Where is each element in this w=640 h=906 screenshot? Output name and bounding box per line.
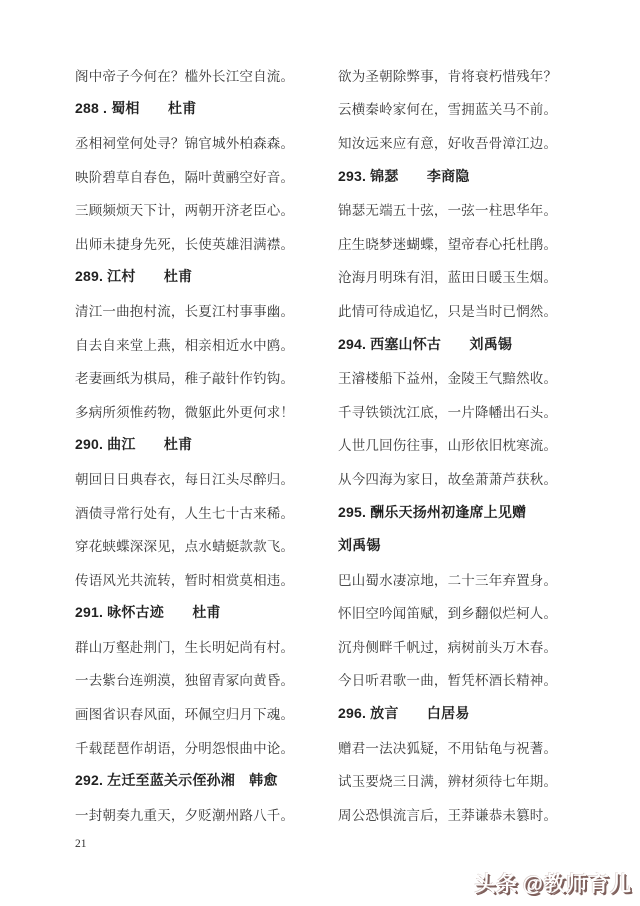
poem-title: 288 . 蜀相 杜甫 bbox=[75, 92, 325, 126]
poem-verse: 赠君一法决狐疑，不用钻龟与祝蓍。 bbox=[338, 730, 588, 764]
poem-verse: 今日听君歌一曲，暂凭杯酒长精神。 bbox=[338, 663, 588, 697]
watermark-brand-toutiao: 头条 bbox=[475, 873, 519, 896]
poem-verse: 沧海月明珠有泪，蓝田日暖玉生烟。 bbox=[338, 260, 588, 294]
poem-verse: 映阶碧草自春色，隔叶黄鹂空好音。 bbox=[75, 159, 325, 193]
poem-verse: 千载琵琶作胡语，分明怨恨曲中论。 bbox=[75, 730, 325, 764]
poem-verse: 穿花蛱蝶深深见，点水蜻蜓款款飞。 bbox=[75, 528, 325, 562]
poem-verse: 丞相祠堂何处寻？锦官城外柏森森。 bbox=[75, 125, 325, 159]
poem-verse: 人世几回伤往事，山形依旧枕寒流。 bbox=[338, 428, 588, 462]
poem-verse: 老妻画纸为棋局，稚子敲针作钓钩。 bbox=[75, 360, 325, 394]
left-column: 阁中帝子今何在？槛外长江空自流。288 . 蜀相 杜甫丞相祠堂何处寻？锦官城外柏… bbox=[75, 58, 325, 831]
poem-verse: 清江一曲抱村流，长夏江村事事幽。 bbox=[75, 293, 325, 327]
poem-verse: 画图省识春风面，环佩空归月下魂。 bbox=[75, 696, 325, 730]
page-number: 21 bbox=[75, 838, 87, 850]
poem-verse: 一去紫台连朔漠，独留青冢向黄昏。 bbox=[75, 663, 325, 697]
poem-title: 291. 咏怀古迹 杜甫 bbox=[75, 596, 325, 630]
poem-verse: 云横秦岭家何在，雪拥蓝关马不前。 bbox=[338, 92, 588, 126]
watermark: 头条@教师育儿 bbox=[475, 868, 632, 898]
poem-verse: 王濬楼船下益州，金陵王气黯然收。 bbox=[338, 360, 588, 394]
poem-verse: 此情可待成追忆，只是当时已惘然。 bbox=[338, 293, 588, 327]
poem-verse: 沉舟侧畔千帆过，病树前头万木春。 bbox=[338, 629, 588, 663]
poem-title: 292. 左迁至蓝关示侄孙湘 韩愈 bbox=[75, 763, 325, 797]
document-page: 阁中帝子今何在？槛外长江空自流。288 . 蜀相 杜甫丞相祠堂何处寻？锦官城外柏… bbox=[0, 0, 640, 906]
poem-title: 289. 江村 杜甫 bbox=[75, 260, 325, 294]
poem-verse: 欲为圣朝除弊事，肯将衰朽惜残年？ bbox=[338, 58, 588, 92]
poem-verse: 酒债寻常行处有，人生七十古来稀。 bbox=[75, 495, 325, 529]
poem-verse: 知汝远来应有意，好收吾骨漳江边。 bbox=[338, 125, 588, 159]
poem-title: 290. 曲江 杜甫 bbox=[75, 428, 325, 462]
poem-verse: 千寻铁锁沈江底，一片降幡出石头。 bbox=[338, 394, 588, 428]
poem-title: 296. 放言 白居易 bbox=[338, 696, 588, 730]
poem-verse: 巴山蜀水凄凉地，二十三年弃置身。 bbox=[338, 562, 588, 596]
right-column: 欲为圣朝除弊事，肯将衰朽惜残年？云横秦岭家何在，雪拥蓝关马不前。知汝远来应有意，… bbox=[338, 58, 588, 831]
poem-verse: 自去自来堂上燕，相亲相近水中鸥。 bbox=[75, 327, 325, 361]
poem-verse: 阁中帝子今何在？槛外长江空自流。 bbox=[75, 58, 325, 92]
poem-verse: 一封朝奏九重天，夕贬潮州路八千。 bbox=[75, 797, 325, 831]
poem-verse: 多病所须惟药物，微躯此外更何求！ bbox=[75, 394, 325, 428]
poem-verse: 锦瑟无端五十弦，一弦一柱思华年。 bbox=[338, 192, 588, 226]
poem-verse: 群山万壑赴荆门，生长明妃尚有村。 bbox=[75, 629, 325, 663]
poem-title: 295. 酬乐天扬州初逢席上见赠 bbox=[338, 495, 588, 529]
poem-verse: 从今四海为家日，故垒萧萧芦获秋。 bbox=[338, 461, 588, 495]
poem-verse: 试玉要烧三日满，辨材须待七年期。 bbox=[338, 763, 588, 797]
poem-title: 293. 锦瑟 李商隐 bbox=[338, 159, 588, 193]
poem-verse: 出师未捷身先死，长使英雄泪满襟。 bbox=[75, 226, 325, 260]
poem-verse: 怀旧空吟闻笛赋，到乡翻似烂柯人。 bbox=[338, 596, 588, 630]
poem-verse: 三顾频烦天下计，两朝开济老臣心。 bbox=[75, 192, 325, 226]
poem-verse: 庄生晓梦迷蝴蝶，望帝春心托杜鹃。 bbox=[338, 226, 588, 260]
poem-title: 294. 西塞山怀古 刘禹锡 bbox=[338, 327, 588, 361]
watermark-handle: @教师育儿 bbox=[523, 873, 632, 896]
poem-title: 刘禹锡 bbox=[338, 528, 588, 562]
poem-verse: 朝回日日典春衣，每日江头尽醉归。 bbox=[75, 461, 325, 495]
poem-verse: 传语风光共流转，暂时相赏莫相违。 bbox=[75, 562, 325, 596]
poem-verse: 周公恐惧流言后，王莽谦恭未篡时。 bbox=[338, 797, 588, 831]
